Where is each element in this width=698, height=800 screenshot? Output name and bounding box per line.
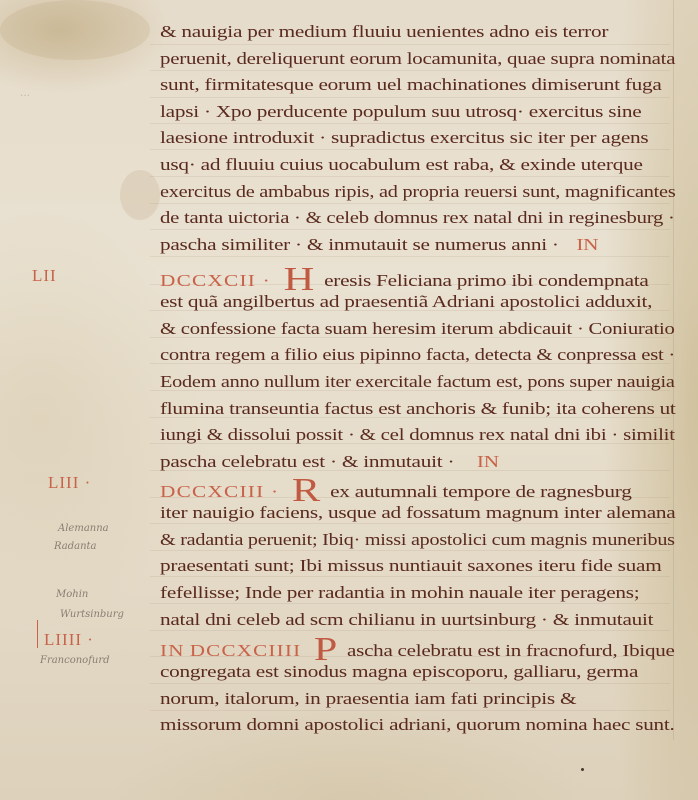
year-heading-line: DCCXCII · H eresis Feliciana primo ibi c… bbox=[160, 266, 649, 294]
rubric-in: IN bbox=[576, 235, 598, 254]
margin-note: Franconofurd bbox=[40, 655, 110, 666]
ruling-line bbox=[150, 149, 670, 150]
year-label: DCCXCII · bbox=[160, 271, 271, 290]
text-line: fefellisse; Inde per radantia in mohin n… bbox=[160, 583, 639, 603]
text-line: laesione introduxit · supradictus exerci… bbox=[160, 128, 648, 148]
ruling-line bbox=[150, 710, 670, 711]
text-line: pascha celebratu est · & inmutauit · IN bbox=[160, 452, 499, 472]
year-label: DCCXCIIII bbox=[190, 641, 302, 660]
text-line-body: pascha celebratu est · & inmutauit · bbox=[160, 452, 454, 471]
text-line: exercitus de ambabus ripis, ad propria r… bbox=[160, 182, 675, 202]
text-line: praesentati sunt; Ibi missus nuntiauit s… bbox=[160, 556, 662, 576]
text-line: iungi & dissolui possit · & cel domnus r… bbox=[160, 425, 675, 445]
ruling-line bbox=[150, 603, 670, 604]
ruling-line bbox=[150, 576, 670, 577]
ruling-line bbox=[150, 44, 670, 45]
ruling-line bbox=[150, 256, 670, 257]
margin-chapter-number: LIIII · bbox=[44, 630, 94, 650]
ruling-line bbox=[150, 683, 670, 684]
text-line: est quã angilbertus ad praesentiã Adrian… bbox=[160, 292, 652, 312]
parchment-stain bbox=[120, 170, 160, 220]
ink-dot bbox=[581, 768, 584, 771]
text-line: usq· ad fluuiu cuius uocabulum est raba,… bbox=[160, 155, 643, 175]
ruling-line bbox=[150, 70, 670, 71]
text-line: Eodem anno nullum iter exercitale factum… bbox=[160, 372, 675, 392]
text-line: flumina transeuntia factus est anchoris … bbox=[160, 399, 676, 419]
ruling-line bbox=[150, 97, 670, 98]
ruling-line bbox=[150, 630, 670, 631]
text-line: norum, italorum, in praesentia iam fati … bbox=[160, 689, 576, 709]
rubric-mark bbox=[37, 620, 38, 648]
text-line: de tanta uictoria · & celeb domnus rex n… bbox=[160, 208, 675, 228]
year-heading-line: IN DCCXCIIII P ascha celebratu est in fr… bbox=[160, 636, 675, 664]
text-line: sunt, firmitatesque eorum uel machinatio… bbox=[160, 75, 662, 95]
ruling-line bbox=[150, 550, 670, 551]
text-line-body: pascha similiter · & inmutauit se numeru… bbox=[160, 235, 559, 254]
ruling-line bbox=[150, 176, 670, 177]
manuscript-page: … & nauigia per medium fluuiu uenientes … bbox=[0, 0, 698, 800]
rubric-in: IN bbox=[477, 452, 499, 471]
text-line: & radantia peruenit; Ibiq· missi apostol… bbox=[160, 530, 675, 550]
margin-note: Alemanna bbox=[58, 523, 109, 534]
text-line: missorum domni apostolici adriani, quoru… bbox=[160, 715, 675, 735]
margin-chapter-number: LIII · bbox=[48, 473, 91, 493]
text-line-body: eresis Feliciana primo ibi condempnata bbox=[324, 271, 649, 290]
text-line: lapsi · Xpo perducente populum suu utros… bbox=[160, 102, 641, 122]
ruling-line bbox=[150, 203, 670, 204]
ruling-line bbox=[150, 123, 670, 124]
ruling-line bbox=[150, 229, 670, 230]
text-block-boundary bbox=[673, 0, 674, 740]
text-line: congregata est sinodus magna episcoporu,… bbox=[160, 662, 638, 682]
text-line: natal dni celeb ad scm chilianu in uurts… bbox=[160, 610, 653, 630]
text-line: & confessione facta suam heresim iterum … bbox=[160, 319, 675, 339]
text-line: & nauigia per medium fluuiu uenientes ad… bbox=[160, 22, 608, 42]
year-label: DCCXCIII · bbox=[160, 482, 279, 501]
year-heading-line: DCCXCIII · R ex autumnali tempore de rag… bbox=[160, 477, 632, 505]
text-line-body: ex autumnali tempore de ragnesburg bbox=[330, 482, 632, 501]
faded-marginal-note: … bbox=[20, 88, 30, 99]
margin-chapter-number: LII bbox=[32, 266, 57, 286]
margin-note: Mohin bbox=[56, 589, 88, 600]
margin-note: Wurtsinburg bbox=[60, 609, 124, 620]
margin-note: Radanta bbox=[54, 541, 97, 552]
text-line: iter nauigio faciens, usque ad fossatum … bbox=[160, 503, 676, 523]
text-line: peruenit, dereliquerunt eorum locamunita… bbox=[160, 49, 675, 69]
ruling-line bbox=[150, 523, 670, 524]
text-line: contra regem a filio eius pipinno facta,… bbox=[160, 345, 675, 365]
parchment-stain bbox=[0, 0, 150, 60]
year-prefix: IN bbox=[160, 641, 185, 660]
text-line-body: ascha celebratu est in fracnofurd, Ibiqu… bbox=[347, 641, 675, 660]
text-line: pascha similiter · & inmutauit se numeru… bbox=[160, 235, 598, 255]
